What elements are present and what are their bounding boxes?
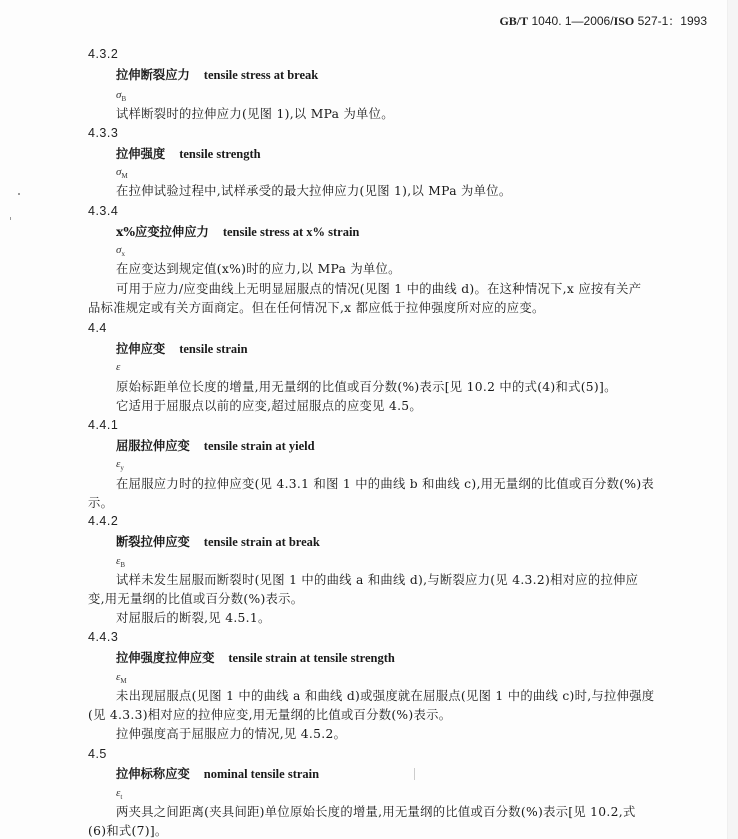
page-header: GB/T 1040. 1—2006/ISO 527-1：1993	[499, 12, 707, 29]
section-number: 4.3.4	[88, 204, 118, 219]
definition-text: (6)和式(7)]。	[88, 824, 168, 839]
section-number: 4.3.3	[88, 126, 118, 141]
document-page: GB/T 1040. 1—2006/ISO 527-1：1993 4.3.2 拉…	[0, 0, 727, 839]
header-number: 1040. 1—2006/	[532, 14, 614, 28]
definition-text: 未出现屈服点(见图 1 中的曲线 a 和曲线 d)或强度就在屈服点(见图 1 中…	[116, 689, 654, 704]
section-number: 4.4.3	[88, 630, 118, 645]
symbol-subscript: t	[120, 793, 122, 801]
symbol-subscript: B	[121, 95, 126, 103]
symbol-subscript: M	[120, 677, 126, 685]
term-symbol: εM	[116, 670, 127, 689]
term-title-cn: 拉伸断裂应力	[116, 67, 190, 82]
section-number: 4.4.1	[88, 418, 118, 433]
term-title-cn: 拉伸标称应变	[116, 766, 190, 781]
term-title: 拉伸应变tensile strain	[116, 341, 248, 357]
symbol-subscript: x	[121, 250, 125, 258]
term-title: 拉伸强度拉伸应变tensile strain at tensile streng…	[116, 650, 395, 666]
definition-text: 示。	[88, 496, 113, 511]
term-symbol: ε	[116, 360, 120, 379]
definition-text: 试样断裂时的拉伸应力(见图 1),以 MPa 为单位。	[116, 107, 394, 122]
term-symbol: σB	[116, 88, 126, 107]
term-title-cn: 屈服拉伸应变	[116, 438, 190, 453]
definition-text: 两夹具之间距离(夹具间距)单位原始长度的增量,用无量纲的比值或百分数(%)表示[…	[116, 805, 636, 820]
term-title-cn: 拉伸应变	[116, 341, 165, 356]
section-number: 4.4.2	[88, 514, 118, 529]
definition-text: 可用于应力/应变曲线上无明显屈服点的情况(见图 1 中的曲线 d)。在这种情况下…	[116, 282, 641, 297]
viewer-margin-strip	[727, 0, 738, 839]
definition-text: 它适用于屈服点以前的应变,超过屈服点的应变见 4.5。	[116, 399, 422, 414]
symbol-subscript: M	[121, 172, 127, 180]
scan-speck	[414, 768, 415, 780]
term-title-en: tensile stress at break	[204, 68, 318, 82]
definition-text: (见 4.3.3)相对应的拉伸应变,用无量纲的比值或百分数(%)表示。	[88, 708, 451, 723]
term-title-cn: 断裂拉伸应变	[116, 534, 190, 549]
definition-text: 变,用无量纲的比值或百分数(%)表示。	[88, 592, 303, 607]
definition-text: 在拉伸试验过程中,试样承受的最大拉伸应力(见图 1),以 MPa 为单位。	[116, 184, 511, 199]
definition-text: 原始标距单位长度的增量,用无量纲的比值或百分数(%)表示[见 10.2 中的式(…	[116, 380, 617, 395]
term-title: 拉伸标称应变nominal tensile strain	[116, 766, 319, 782]
scan-speck	[18, 193, 20, 195]
term-title-en: tensile strain at yield	[204, 439, 315, 453]
term-title: 拉伸断裂应力tensile stress at break	[116, 67, 318, 83]
term-title: x%应变拉伸应力tensile stress at x% strain	[116, 224, 359, 240]
definition-text: 在应变达到规定值(x%)时的应力,以 MPa 为单位。	[116, 262, 401, 277]
definition-text: 对屈服后的断裂,见 4.5.1。	[116, 611, 271, 626]
term-title-cn: 拉伸强度	[116, 146, 165, 161]
definition-text: 在屈服应力时的拉伸应变(见 4.3.1 和图 1 中的曲线 b 和曲线 c),用…	[116, 477, 654, 492]
section-number: 4.5	[88, 747, 107, 762]
symbol-subscript: B	[120, 561, 125, 569]
term-symbol: εy	[116, 457, 124, 476]
header-iso-number: 527-1：1993	[638, 14, 707, 28]
definition-text: 拉伸强度高于屈服应力的情况,见 4.5.2。	[116, 727, 346, 742]
definition-text: 品标准规定或有关方面商定。但在任何情况下,x 都应低于拉伸强度所对应的应变。	[88, 301, 545, 316]
term-title-en: tensile stress at x% strain	[223, 225, 360, 239]
term-symbol: σM	[116, 165, 128, 184]
scan-speck	[10, 217, 11, 220]
term-title-en: tensile strain	[179, 342, 247, 356]
term-symbol: εt	[116, 786, 122, 805]
term-title-en: tensile strength	[179, 147, 260, 161]
term-title-cn: 拉伸强度拉伸应变	[116, 650, 214, 665]
term-title-en: tensile strain at break	[204, 535, 320, 549]
section-number: 4.3.2	[88, 47, 118, 62]
term-symbol: σx	[116, 243, 125, 262]
term-title: 屈服拉伸应变tensile strain at yield	[116, 438, 315, 454]
header-iso: ISO	[614, 14, 635, 28]
symbol-base: ε	[116, 361, 120, 373]
symbol-subscript: y	[120, 464, 124, 472]
term-title-en: tensile strain at tensile strength	[228, 651, 394, 665]
term-title: 断裂拉伸应变tensile strain at break	[116, 534, 320, 550]
term-title: 拉伸强度tensile strength	[116, 146, 261, 162]
term-title-cn: x%应变拉伸应力	[116, 224, 209, 239]
term-title-en: nominal tensile strain	[204, 767, 319, 781]
definition-text: 试样未发生屈服而断裂时(见图 1 中的曲线 a 和曲线 d),与断裂应力(见 4…	[116, 573, 638, 588]
term-symbol: εB	[116, 554, 125, 573]
section-number: 4.4	[88, 321, 107, 336]
header-standard: GB/T	[499, 14, 528, 28]
